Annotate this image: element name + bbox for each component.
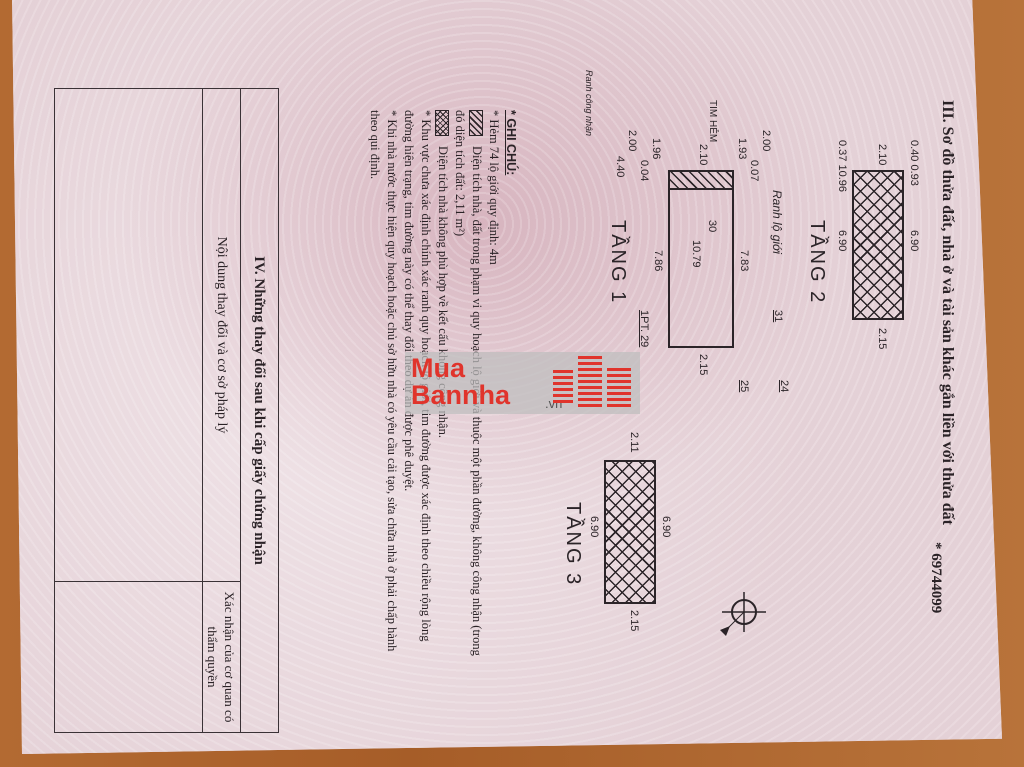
tang2-bottom-length: 6.90 [836,230,848,251]
ranh-lo-gioi-label: Ranh lộ giới [770,190,784,254]
tang1-left-1: 1.96 [650,138,662,159]
tang3-label: TẦNG 3 [561,502,584,586]
table-body-cell [55,89,202,582]
tang1-right-3: 2.00 [760,130,772,151]
tim-hem-label: TIM HẺM [707,100,718,142]
tang1-setback-area [668,170,734,190]
north-arrow-icon [714,582,774,642]
tang3-left-width: 2.11 [628,432,640,453]
tang3-right-width: 2.15 [628,610,640,631]
neighbor-parcel-31: 31 [772,310,784,322]
section-4-table: IV. Những thay đổi sau khi cấp giấy chứn… [54,88,279,733]
tang1-left-2: 0.04 [638,160,650,181]
section-4-title: IV. Những thay đổi sau khi cấp giấy chứn… [240,89,278,732]
tang1-inner-b: 10.79 [690,240,702,268]
legend-diagonal-hatch-icon [469,110,483,136]
note-item: * Khi nhà nước thực hiện quy hoạch hoặc … [366,110,400,670]
neighbor-parcel-24: 24 [778,380,790,392]
watermark-line2: Bannha [411,381,510,409]
tang3-top-length: 6.90 [660,516,672,537]
legend-cross-hatch-icon [435,110,449,136]
tang3-bottom-length: 6.90 [588,516,600,537]
column-header-confirmation: Xác nhận của cơ quan có thẩm quyền [202,582,240,732]
tang2-top-length: 6.90 [908,230,920,251]
column-header-content: Nội dung thay đổi và cơ sở pháp lý [202,89,240,582]
tang1-inner-a: 30 [706,220,718,232]
floor-plan-tang3: 2.11 2.15 6.90 6.90 TẦNG 3 [534,440,684,660]
tang1-right-1: 1.93 [736,138,748,159]
tang2-offset-top: 0.40 0.93 [908,140,920,186]
tang1-label: TẦNG 1 [606,220,629,304]
tang1-left-4: 4.40 [614,156,626,177]
tang1-left-3: 2.00 [626,130,638,151]
tang1-right-width: 2.15 [697,354,709,375]
tang2-right-width: 2.15 [876,328,888,349]
tang1-right-2: 0.07 [748,160,760,181]
floor-plan-tang1: 2.10 2.15 7.83 7.86 30 10.79 1.93 0.07 2… [574,130,814,390]
building-logo-icon [553,356,635,410]
watermark-logo: Mua Bannha .vn [405,352,640,414]
ranh-cong-nhan-label: Ranh công nhận [584,70,594,136]
watermark-line1: Mua [411,354,465,382]
tang1-bottom-length: 7.86 [652,250,664,271]
neighbor-parcel-25: 25 [738,380,750,392]
tang2-left-width: 2.10 [876,144,888,165]
tang1-left-width: 2.10 [697,144,709,165]
serial-number: * 69744099 [927,542,944,613]
parcel-label: 1PT. 29 [638,310,650,347]
tang3-footprint [604,460,656,604]
tang1-top-length: 7.83 [738,250,750,271]
tang2-footprint [852,170,904,320]
section-3-title: III. Sơ đồ thửa đất, nhà ở và tài sản kh… [938,100,956,525]
tang2-offset-bottom: 0.37 10.96 [836,140,848,192]
